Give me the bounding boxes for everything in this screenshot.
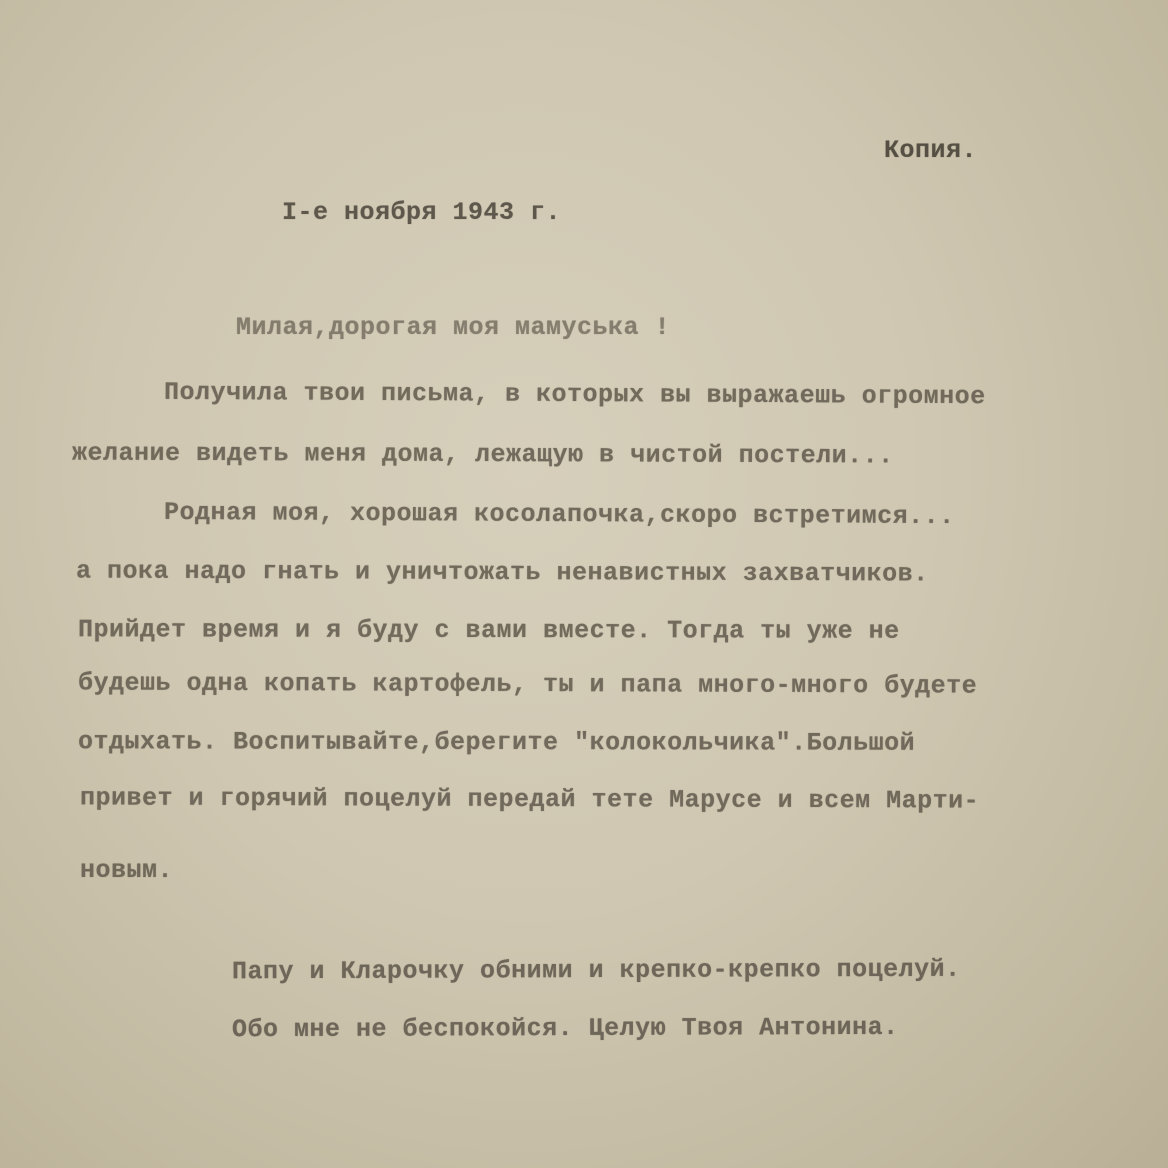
copy-mark: Копия. [884, 136, 977, 165]
body-line: новым. [80, 856, 173, 885]
body-line: желание видеть меня дома, лежащую в чист… [72, 439, 894, 471]
body-line: будешь одна копать картофель, ты и папа … [78, 668, 977, 700]
body-line: а пока надо гнать и уничтожать ненавистн… [76, 557, 929, 589]
typewritten-letter-page: Копия. I-е ноября 1943 г. Милая,дорогая … [0, 0, 1168, 1168]
body-line: Родная моя, хорошая косолапочка,скоро вс… [164, 498, 955, 531]
salutation: Милая,дорогая моя мамуська ! [236, 313, 670, 342]
closing-line: Папу и Кларочку обними и крепко-крепко п… [232, 955, 961, 987]
letter-date: I-е ноября 1943 г. [282, 198, 561, 227]
body-line: Прийдет время и я буду с вами вместе. То… [78, 615, 900, 645]
body-line: Получила твои письма, в которых вы выраж… [164, 378, 986, 411]
signature-line: Обо мне не беспокойся. Целую Твоя Антони… [232, 1013, 899, 1044]
body-line: отдыхать. Воспитывайте,берегите "колокол… [78, 727, 915, 757]
body-line: привет и горячий поцелуй передай тете Ма… [80, 783, 979, 815]
